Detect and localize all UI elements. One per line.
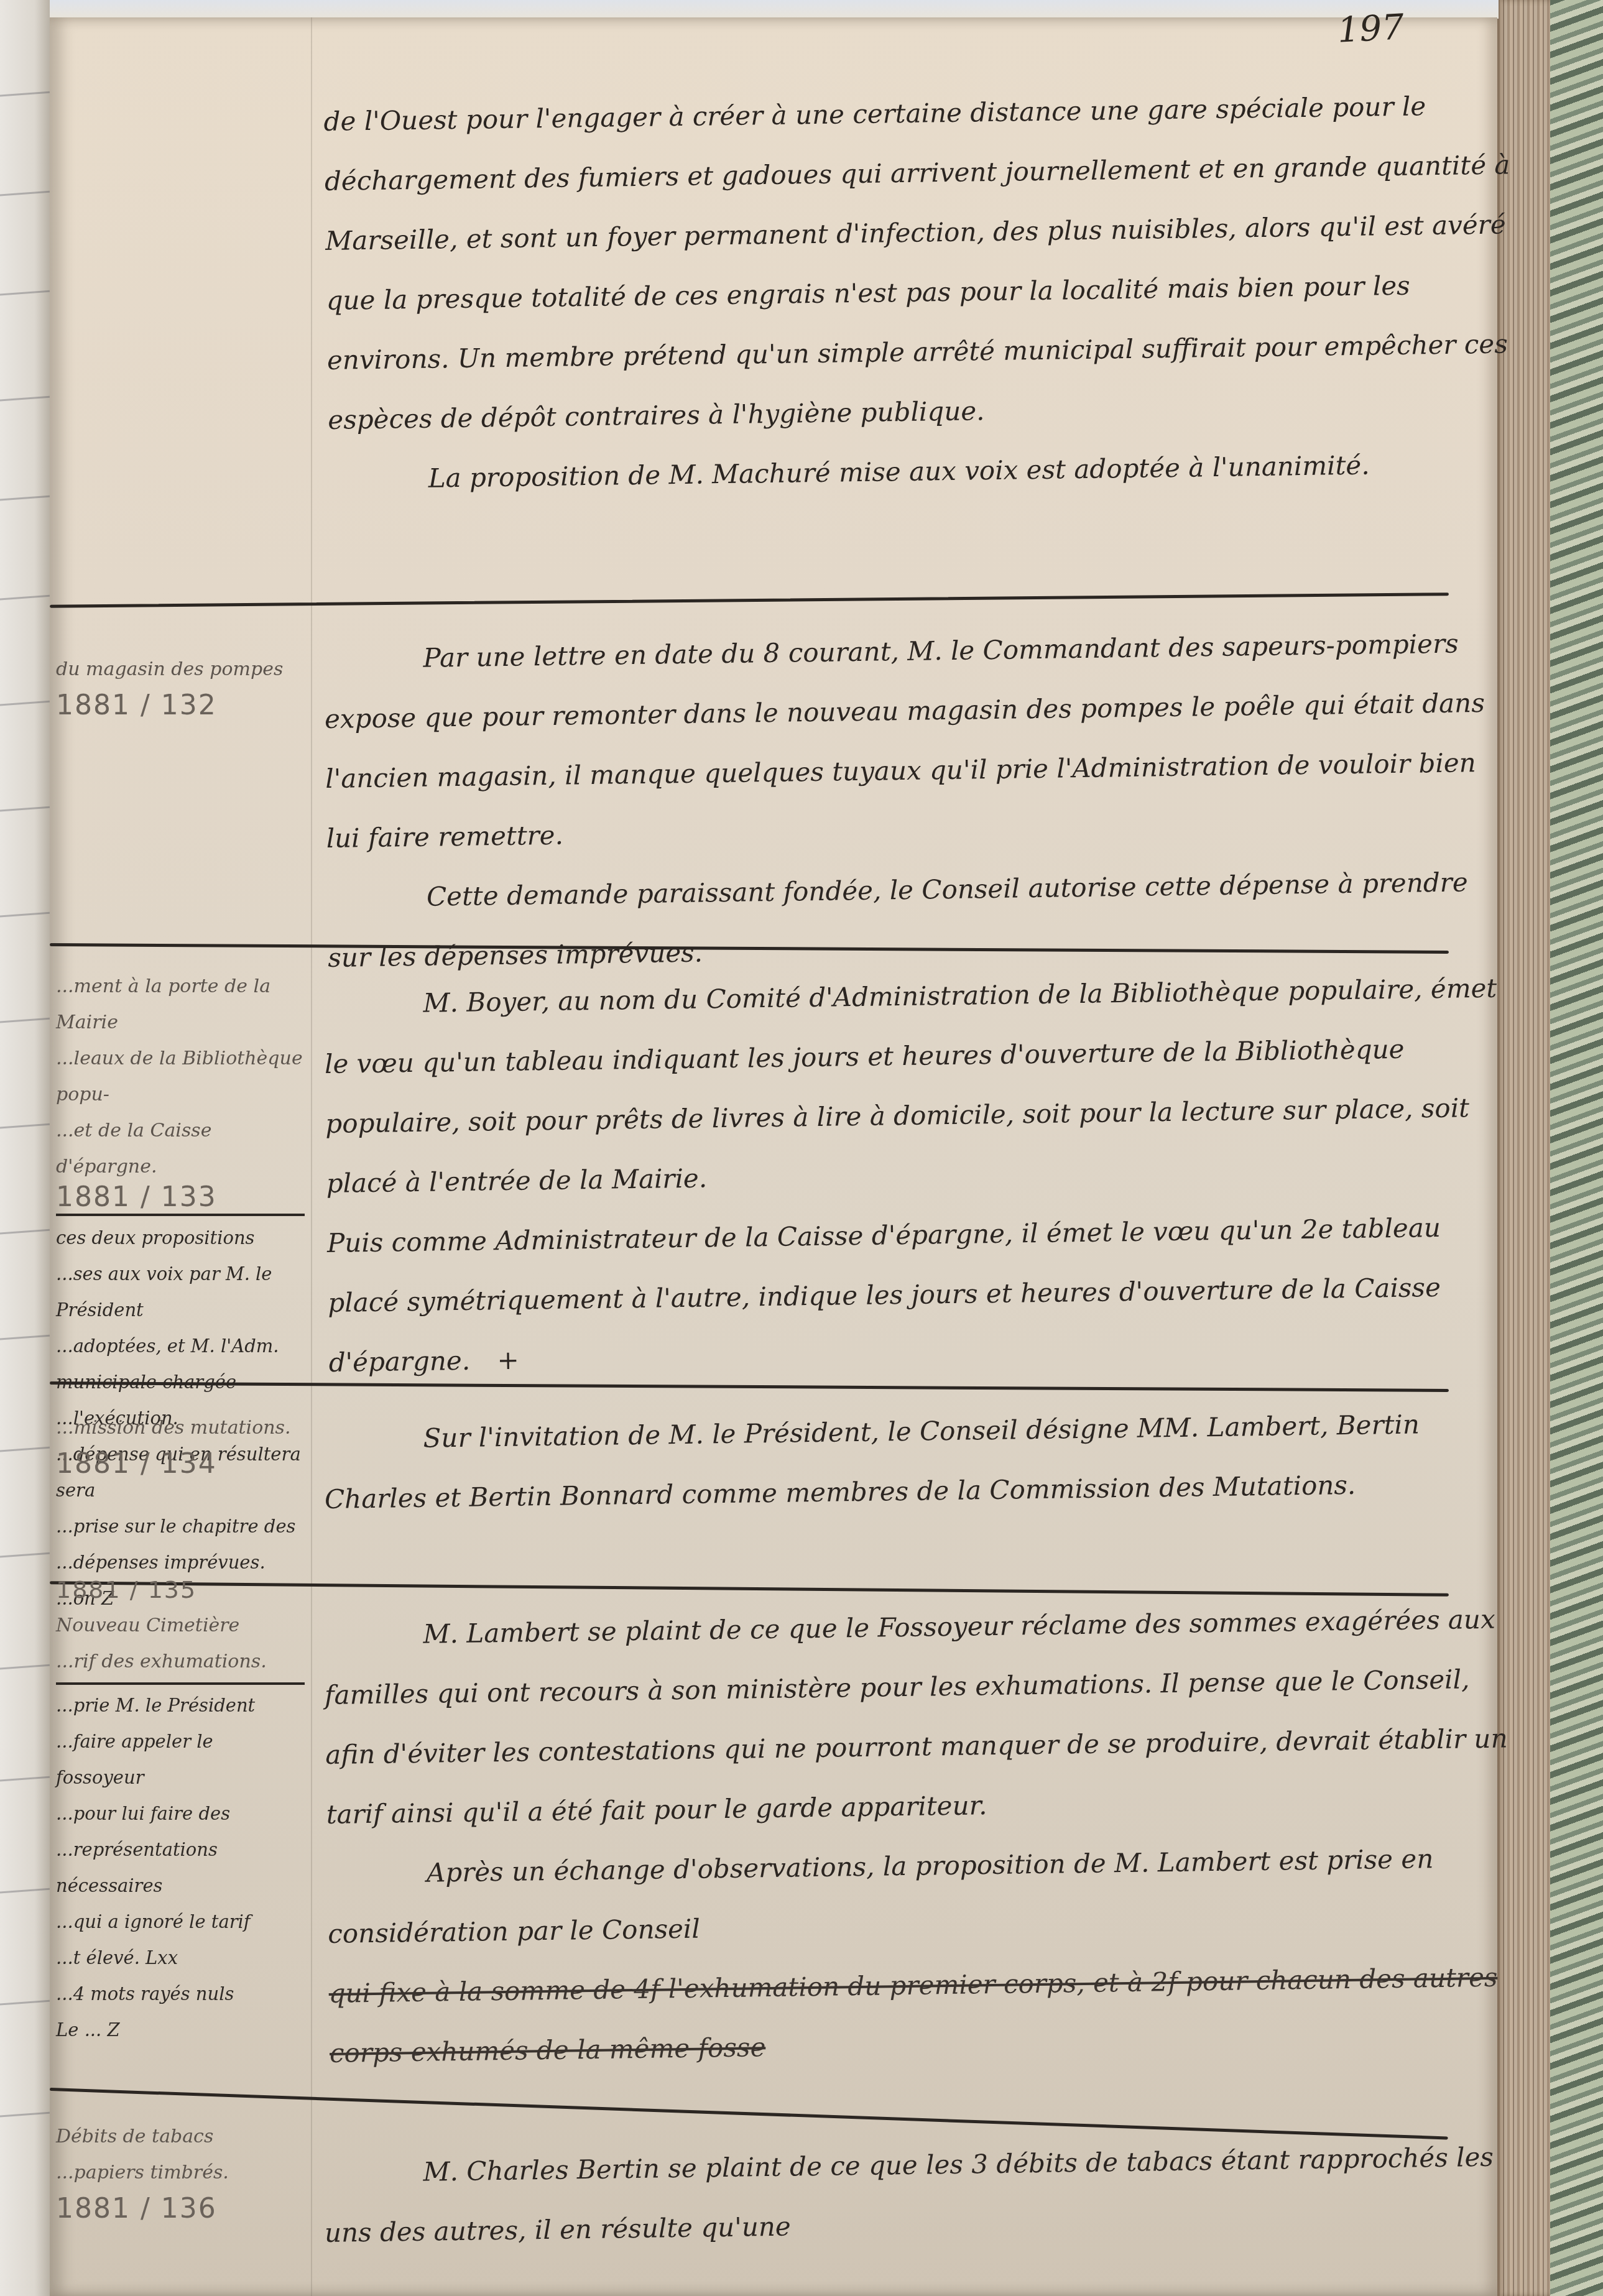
- facing-page-strip: [0, 0, 50, 2296]
- section-divider: [50, 592, 1449, 608]
- margin-divider: [56, 1682, 305, 1685]
- register-page: 197 de l'Ouest pour l'engager à créer à …: [50, 17, 1497, 2296]
- section-bibliotheque-caisse: M. Boyer, au nom du Comité d'Administrat…: [323, 958, 1517, 1393]
- paragraph: Puis comme Administrateur de la Caisse d…: [327, 1212, 1441, 1378]
- margin-note-cimetiere: 1881 / 135 Nouveau Cimetière ...rif des …: [56, 1572, 305, 2048]
- section-continuation: de l'Ouest pour l'engager à créer à une …: [323, 75, 1517, 510]
- section-debits-tabacs: M. Charles Bertin se plaint de ce que le…: [323, 2127, 1512, 2263]
- margin-divider: [56, 1214, 305, 1216]
- margin-note-mutations: ...mission des mutations. 1881 / 134: [56, 1410, 305, 1482]
- margin-note-tabacs: Débits de tabacs ...papiers timbrés. 188…: [56, 2119, 305, 2227]
- margin-note-magasin: du magasin des pompes 1881 / 132: [56, 652, 305, 724]
- page-number: 197: [1336, 7, 1405, 51]
- margin-annotation: ...prie M. le Président ...faire appeler…: [56, 1687, 305, 2048]
- reference-number: 1881 / 134: [56, 1446, 305, 1482]
- reference-number: 1881 / 132: [56, 688, 305, 724]
- section-commission-mutations: Sur l'invitation de M. le Président, le …: [323, 1393, 1512, 1529]
- paragraph: Par une lettre en date du 8 courant, M. …: [323, 613, 1514, 869]
- marbled-endpaper: [1547, 0, 1603, 2296]
- paragraph: M. Boyer, au nom du Comité d'Administrat…: [323, 958, 1514, 1214]
- paragraph: de l'Ouest pour l'engager à créer à une …: [323, 75, 1516, 450]
- cross-mark: +: [497, 1345, 519, 1375]
- reference-number: 1881 / 135: [56, 1572, 305, 1608]
- margin-title: du magasin des pompes: [56, 658, 283, 680]
- paragraph: Sur l'invitation de M. le Président, le …: [323, 1393, 1512, 1529]
- background-gap: [50, 0, 1499, 19]
- margin-rule: [311, 17, 312, 2296]
- reference-number: 1881 / 136: [56, 2191, 305, 2227]
- paragraph: M. Charles Bertin se plaint de ce que le…: [323, 2127, 1512, 2263]
- paragraph: M. Lambert se plaint de ce que le Fossoy…: [323, 1589, 1514, 1845]
- struck-out-text: qui fixe à la somme de 4f l'exhumation d…: [328, 1947, 1517, 2083]
- section-magasin-pompes: Par une lettre en date du 8 courant, M. …: [323, 613, 1516, 988]
- reference-number: 1881 / 133: [56, 1185, 305, 1210]
- section-cimetiere-exhumations: M. Lambert se plaint de ce que le Fossoy…: [323, 1589, 1518, 2083]
- margin-note-bibliotheque: ...ment à la porte de la Mairie ...leaux…: [56, 969, 305, 1616]
- paragraph: Après un échange d'observations, la prop…: [326, 1828, 1515, 1964]
